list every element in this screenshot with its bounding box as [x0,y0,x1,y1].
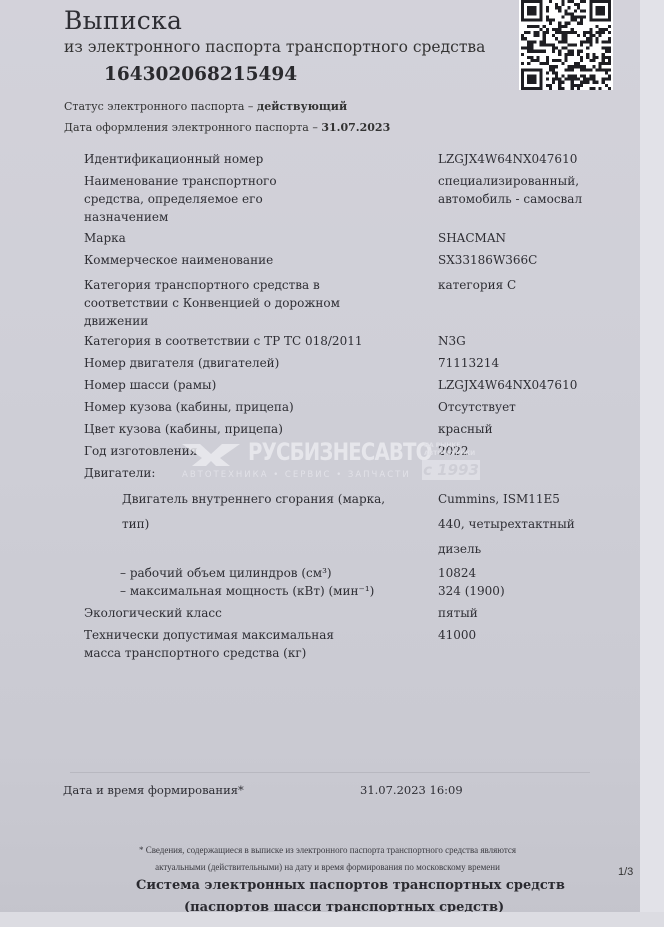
page-bottom-edge [0,912,664,927]
field-label: Идентификационный номер [84,150,384,168]
field-label: Цвет кузова (кабины, прицепа) [84,420,384,438]
document-page: Выписка из электронного паспорта транспо… [0,0,640,927]
system-subtitle: (паспортов шасси транспортных средств) [184,898,504,912]
footnote-line: актуальными (действительными) на дату и … [70,859,585,876]
document-title: Выписка [64,6,182,35]
field-value: 2022 [438,442,608,460]
page-edge [640,0,664,927]
field-value: SX33186W366C [438,251,608,269]
field-value: LZGJX4W64NX047610 [438,376,608,394]
system-title: Система электронных паспортов транспортн… [136,878,565,893]
issue-date-label: Дата оформления электронного паспорта – [64,121,321,134]
field-label: Марка [84,229,384,247]
field-label: Категория в соответствии с ТР ТС 018/201… [84,332,384,350]
field-label: Номер шасси (рамы) [84,376,384,394]
field-value: категория C [438,276,608,294]
field-value: LZGJX4W64NX047610 [438,150,608,168]
field-value: специализированный, автомобиль - самосва… [438,172,588,208]
field-label: – рабочий объем цилиндров (см³) [120,564,400,582]
watermark-badge: с 1993 [422,460,480,480]
passport-status: Статус электронного паспорта – действующ… [64,100,347,113]
page-number: 1/3 [618,866,633,878]
field-label: Год изготовления [84,442,384,460]
field-value: Cummins, ISM11E5 440, четырехтактный диз… [438,487,588,562]
field-label: Коммерческое наименование [84,251,384,269]
field-value: Отсутствует [438,398,608,416]
field-label: Двигатель внутреннего сгорания (марка, т… [122,487,402,537]
footnote-line: * Сведения, содержащиеся в выписке из эл… [70,842,585,859]
field-label: Экологический класс [84,604,384,622]
field-label: Категория транспортного средства в соотв… [84,276,344,330]
field-label: Двигатели: [84,464,384,482]
generated-value: 31.07.2023 16:09 [360,783,463,797]
field-value: 41000 [438,626,608,644]
field-label: Наименование транспортного средства, опр… [84,172,334,226]
field-value: 324 (1900) [438,582,608,600]
document-number: 164302068215494 [104,64,297,85]
issue-date-value: 31.07.2023 [321,121,390,134]
field-label: Технически допустимая максимальная масса… [84,626,374,662]
status-value: действующий [257,100,347,113]
status-label: Статус электронного паспорта – [64,100,257,113]
document-subtitle: из электронного паспорта транспортного с… [64,38,485,56]
field-label: – максимальная мощность (кВт) (мин⁻¹) [120,582,400,600]
generated-label: Дата и время формирования* [63,783,244,797]
field-value: SHACMAN [438,229,608,247]
field-value: 10824 [438,564,608,582]
field-label: Номер двигателя (двигателей) [84,354,384,372]
field-value: 71113214 [438,354,608,372]
field-value: красный [438,420,608,438]
field-value: пятый [438,604,608,622]
passport-issue-date: Дата оформления электронного паспорта – … [64,121,390,134]
field-label: Номер кузова (кабины, прицепа) [84,398,384,416]
divider [70,772,590,773]
field-value: N3G [438,332,608,350]
footnote: * Сведения, содержащиеся в выписке из эл… [70,842,585,876]
qr-code-icon [519,0,613,90]
